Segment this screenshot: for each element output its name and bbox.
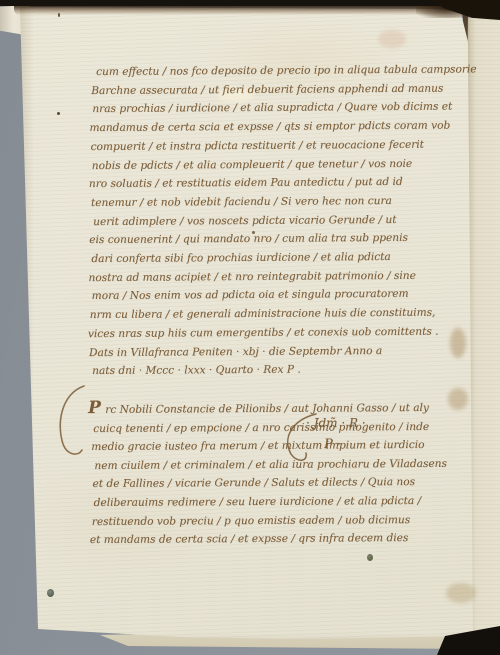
manuscript-line: mandamus de certa scia et expsse / qts s…	[89, 117, 456, 138]
initial-letter: P	[88, 398, 102, 418]
manuscript-line: eis conuenerint / qui mandato nro / cum …	[89, 229, 457, 250]
manuscript-line: nro soluatis / et restituatis eidem Pau …	[89, 173, 457, 194]
manuscript-line: vices nras sup hiis cum emergentibs / et…	[88, 322, 458, 343]
text-block-1: cum effectu / nos fco deposito de precio…	[96, 60, 458, 380]
manuscript-line: nobis de pdicts / et alia compleuerit / …	[92, 154, 457, 175]
manuscript-line: dari conferta sibi fco prochias iurdicio…	[91, 248, 457, 269]
ink-speck	[58, 13, 60, 17]
manuscript-line-dating-clause: nats dni · Mccc · lxxx · Quarto · Rex P …	[92, 360, 458, 381]
manuscript-line: Barchne assecurata / ut fieri debuerit f…	[91, 79, 456, 100]
binding-top-band	[0, 0, 500, 6]
text-block-2: P rc Nobili Constancie de Pilionibs / au…	[88, 397, 461, 550]
manuscript-line: medio gracie iusteo fra merum / et mixtu…	[91, 436, 460, 457]
manuscript-line: restituendo vob preciu / p quo emistis e…	[92, 510, 461, 531]
burnt-top-edge	[14, 6, 466, 15]
manuscript-line: mora / Nos enim vos ad pdicta oia et sin…	[92, 285, 458, 306]
wormhole	[367, 554, 373, 561]
manuscript-line: uerit adimplere / vos noscets pdicta vic…	[93, 210, 457, 231]
paper-stain	[446, 583, 476, 603]
wormhole	[47, 589, 54, 597]
manuscript-line: et de Fallines / vicarie Gerunde / Salut…	[92, 473, 460, 494]
manuscript-line: nostra ad mans acipiet / et nro reintegr…	[88, 266, 457, 287]
manuscript-line: cum effectu / nos fco deposito de precio…	[96, 60, 456, 81]
manuscript-line: tenemur / et nob videbit faciendu / Si v…	[91, 191, 457, 212]
manuscript-line: et mandams de certa scia / et expsse / q…	[90, 529, 461, 550]
margin-paraph	[54, 382, 92, 462]
manuscript-line: nras prochias / iurdicione / et alia sup…	[92, 98, 456, 119]
manuscript-line: nem ciuilem / et criminalem / et alia iu…	[94, 455, 460, 476]
manuscript-line: cuicq tenenti / ep empcione / a nro cari…	[93, 417, 460, 438]
ink-speck	[57, 112, 60, 115]
manuscript-line: rc Nobili Constancie de Pilionibs / aut …	[102, 402, 429, 416]
paper-stain	[378, 30, 406, 48]
manuscript-line: deliberauims redimere / seu luere iurdic…	[94, 492, 461, 513]
manuscript-photo: cum effectu / nos fco deposito de precio…	[0, 0, 500, 655]
manuscript-line: nrm cu libera / et generali administraci…	[90, 304, 458, 325]
manuscript-line-address: P rc Nobili Constancie de Pilionibs / au…	[88, 397, 460, 420]
manuscript-line: compuerit / et instra pdicta restituerit…	[91, 135, 457, 156]
